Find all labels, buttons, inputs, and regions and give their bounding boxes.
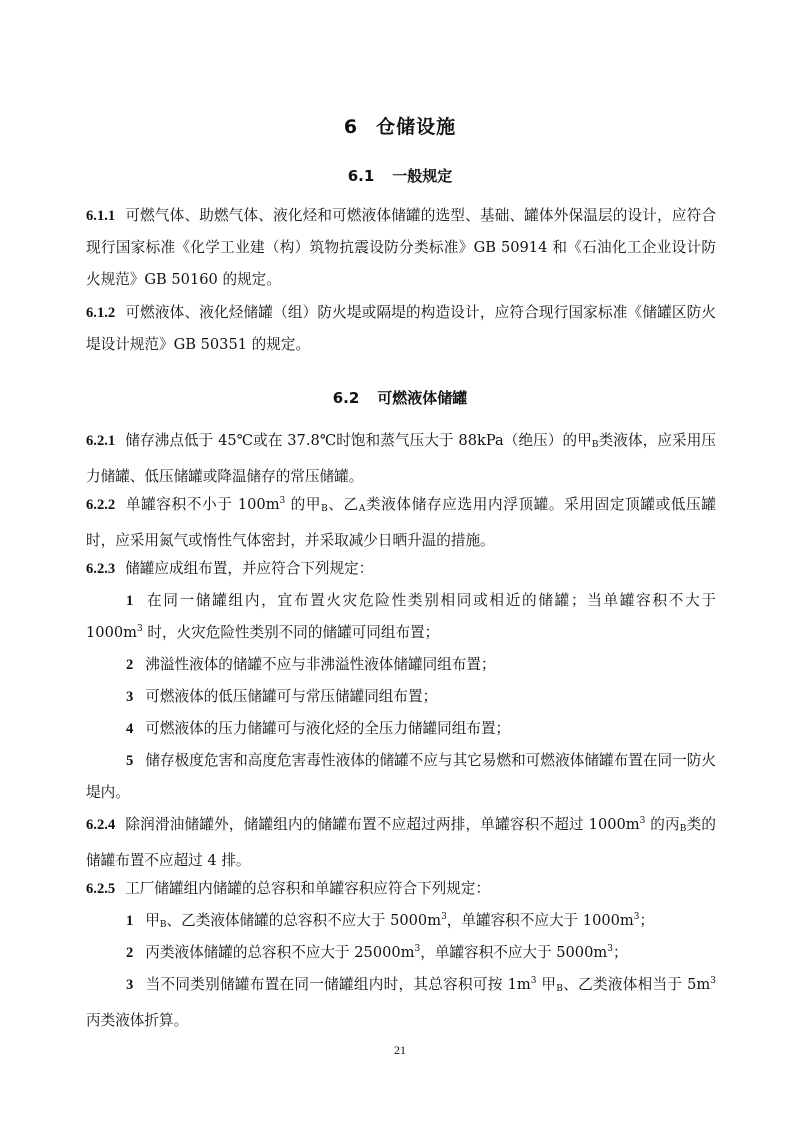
section-title-text: 一般规定 <box>392 167 452 185</box>
clause-text: 工厂储罐组内储罐的总容积和单罐容积应符合下列规定： <box>125 880 490 897</box>
clause-text: 储罐应成组布置，并应符合下列规定： <box>125 560 373 577</box>
list-item-6-2-5-2: 2丙类液体储罐的总容积不应大于 25000m3，单罐容积不应大于 5000m3； <box>86 937 716 969</box>
section-title-6-1: 6.1一般规定 <box>0 165 800 186</box>
clause-number: 6.1.2 <box>86 305 115 321</box>
clause-number: 6.2.2 <box>86 497 115 513</box>
clause-6-2-3: 6.2.3储罐应成组布置，并应符合下列规定： <box>86 553 716 585</box>
clause-6-2-4: 6.2.4除润滑油储罐外，储罐组内的储罐布置不应超过两排，单罐容积不超过 100… <box>86 809 716 877</box>
clause-6-1-2: 6.1.2可燃液体、液化烃储罐（组）防火堤或隔堤的构造设计，应符合现行国家标准《… <box>86 297 716 361</box>
page-number: 21 <box>0 1043 800 1058</box>
clause-text: 可燃液体、液化烃储罐（组）防火堤或隔堤的构造设计，应符合现行国家标准《储罐区防火… <box>86 304 716 353</box>
list-item-6-2-5-3: 3当不同类别储罐布置在同一储罐组内时，其总容积可按 1m3 甲B、乙类液体相当于… <box>86 969 716 1037</box>
document-page: 6仓储设施 6.1一般规定 6.1.1可燃气体、助燃气体、液化烃和可燃液体储罐的… <box>0 0 800 1131</box>
chapter-title: 6仓储设施 <box>0 112 800 139</box>
clause-number: 6.2.1 <box>86 433 115 449</box>
clause-number: 6.2.4 <box>86 817 115 833</box>
list-item-6-2-3-2: 2沸溢性液体的储罐不应与非沸溢性液体储罐同组布置； <box>86 649 716 681</box>
section-title-6-2: 6.2可燃液体储罐 <box>0 387 800 408</box>
list-item-6-2-3-5: 5储存极度危害和高度危害毒性液体的储罐不应与其它易燃和可燃液体储罐布置在同一防火… <box>86 745 716 809</box>
clause-number: 6.2.3 <box>86 561 115 577</box>
list-item-6-2-3-3: 3可燃液体的低压储罐可与常压储罐同组布置； <box>86 681 716 713</box>
list-item-6-2-3-1: 1在同一储罐组内，宜布置火灾危险性类别相同或相近的储罐；当单罐容积不大于 100… <box>86 585 716 649</box>
clause-number: 6.2.5 <box>86 881 115 897</box>
clause-6-2-2: 6.2.2单罐容积不小于 100m3 的甲B、乙A类液体储存应选用内浮顶罐。采用… <box>86 489 716 557</box>
section-title-text: 可燃液体储罐 <box>377 389 467 407</box>
list-item-6-2-3-4: 4可燃液体的压力储罐可与液化烃的全压力储罐同组布置； <box>86 713 716 745</box>
chapter-number: 6 <box>344 116 358 138</box>
section-number: 6.2 <box>333 389 360 407</box>
section-number: 6.1 <box>348 167 375 185</box>
chapter-title-text: 仓储设施 <box>376 116 456 138</box>
clause-6-1-1: 6.1.1可燃气体、助燃气体、液化烃和可燃液体储罐的选型、基础、罐体外保温层的设… <box>86 200 716 296</box>
clause-number: 6.1.1 <box>86 208 115 224</box>
clause-text: 可燃气体、助燃气体、液化烃和可燃液体储罐的选型、基础、罐体外保温层的设计，应符合… <box>86 207 716 288</box>
clause-6-2-1: 6.2.1储存沸点低于 45℃或在 37.8℃时饱和蒸气压大于 88kPa（绝压… <box>86 425 716 493</box>
clause-6-2-5: 6.2.5工厂储罐组内储罐的总容积和单罐容积应符合下列规定： <box>86 873 716 905</box>
list-item-6-2-5-1: 1甲B、乙类液体储罐的总容积不应大于 5000m3，单罐容积不应大于 1000m… <box>86 905 716 941</box>
